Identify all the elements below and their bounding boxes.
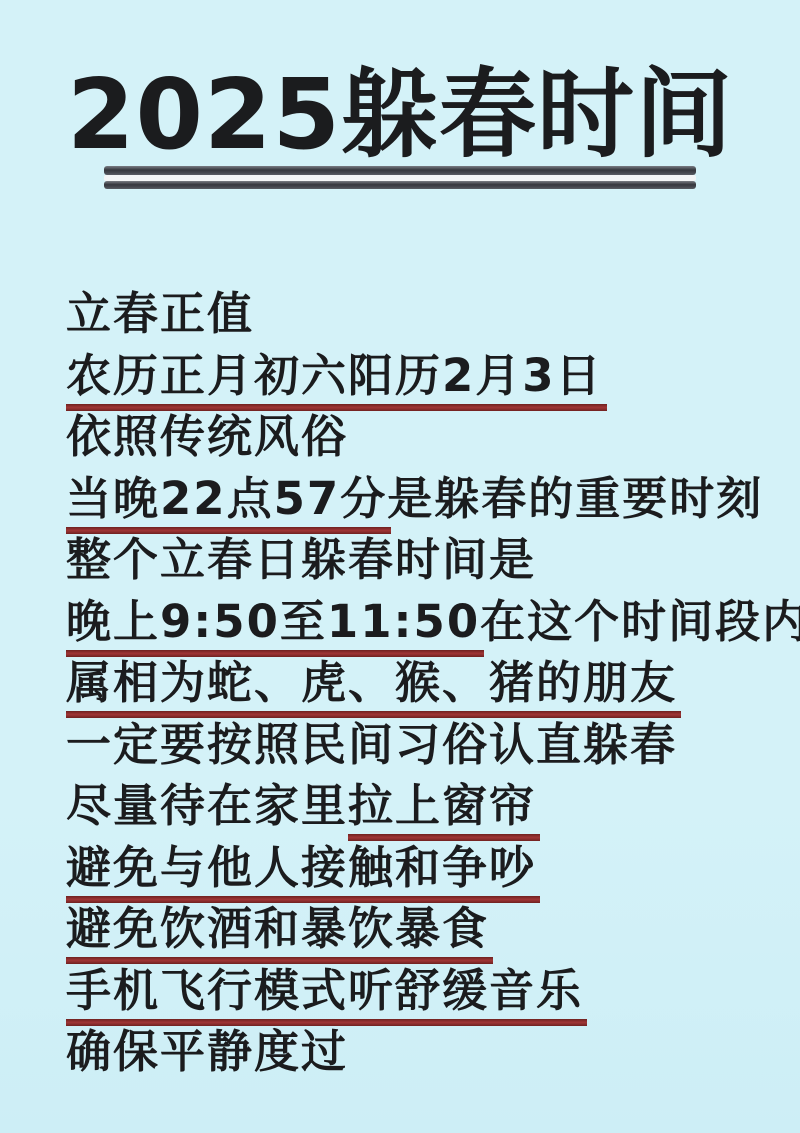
- text-segment: 尽量待在家里: [66, 781, 348, 831]
- poster: 2025躲春时间 立春正值农历正月初六阳历2月3日依照传统风俗当晚22点57分是…: [0, 0, 800, 1133]
- text-line: 尽量待在家里拉上窗帘: [66, 775, 800, 837]
- body-text: 立春正值农历正月初六阳历2月3日依照传统风俗当晚22点57分是躲春的重要时刻整个…: [0, 283, 800, 1083]
- text-segment-highlighted: 农历正月初六阳历2月3日: [66, 351, 607, 411]
- title-block: 2025躲春时间: [0, 0, 800, 189]
- text-line: 晚上9:50至11:50在这个时间段内: [66, 591, 800, 653]
- text-segment: 在这个时间段内: [480, 597, 800, 647]
- text-line: 依照传统风俗: [66, 406, 800, 468]
- text-segment-highlighted: 避免饮酒和暴饮暴食: [66, 904, 493, 964]
- text-line: 整个立春日躲春时间是: [66, 529, 800, 591]
- text-segment-highlighted: 晚上9:50至11:50: [66, 597, 484, 657]
- text-segment: 依照传统风俗: [66, 412, 348, 462]
- text-line: 属相为蛇、虎、猴、猪的朋友: [66, 652, 800, 714]
- text-line: 确保平静度过: [66, 1021, 800, 1083]
- text-line: 当晚22点57分是躲春的重要时刻: [66, 468, 800, 530]
- text-segment-highlighted: 属相为蛇、虎、猴、猪的朋友: [66, 658, 681, 718]
- text-line: 一定要按照民间习俗认直躲春: [66, 714, 800, 776]
- text-segment-highlighted: 当晚22点57分: [66, 474, 391, 534]
- page-title: 2025躲春时间: [0, 66, 800, 163]
- text-line: 立春正值: [66, 283, 800, 345]
- text-segment: 立春正值: [66, 289, 254, 339]
- text-segment: 是躲春的重要时刻: [387, 474, 763, 524]
- text-line: 手机飞行模式听舒缓音乐: [66, 960, 800, 1022]
- text-segment-highlighted: 拉上窗帘: [348, 781, 540, 841]
- text-line: 避免与他人接触和争吵: [66, 837, 800, 899]
- text-segment: 确保平静度过: [66, 1027, 348, 1077]
- text-segment: 一定要按照民间习俗认直躲春: [66, 720, 677, 770]
- title-underline-bar-bottom: [104, 181, 696, 189]
- text-segment-highlighted: 手机飞行模式听舒缓音乐: [66, 966, 587, 1026]
- text-segment-highlighted: 避免与他人接触和争吵: [66, 843, 540, 903]
- text-line: 避免饮酒和暴饮暴食: [66, 898, 800, 960]
- text-line: 农历正月初六阳历2月3日: [66, 345, 800, 407]
- text-segment: 整个立春日躲春时间是: [66, 535, 536, 585]
